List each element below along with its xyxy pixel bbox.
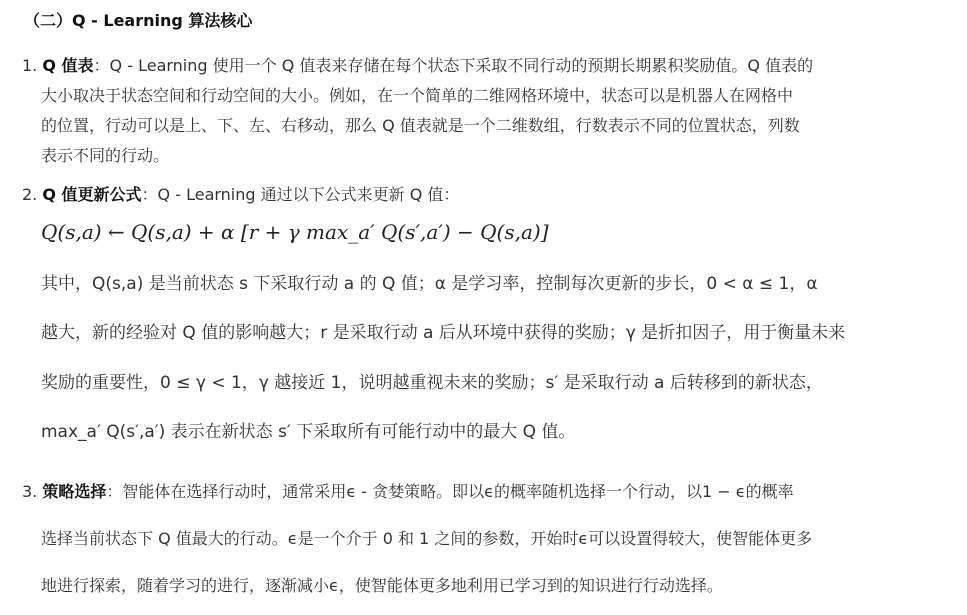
item-2-line-2: 越大，新的经验对 Q 值的影响越大；r 是采取行动 a 后从环境中获得的奖励；γ… <box>41 322 845 344</box>
item-2-line-4: max_a′ Q(s′,a′) 表示在新状态 s′ 下采取所有可能行动中的最大 … <box>41 421 575 443</box>
item-3-line-2: 选择当前状态下 Q 值最大的行动。ϵ是一个介于 0 和 1 之间的参数，开始时ϵ… <box>41 528 812 550</box>
item-1-line-2: 大小取决于状态空间和行动空间的大小。例如，在一个简单的二维网格环境中，状态可以是… <box>41 85 793 107</box>
item-1-line-3: 的位置，行动可以是上、下、左、右移动，那么 Q 值表就是一个二维数组，行数表示不… <box>41 115 800 137</box>
item-3-line-3: 地进行探索，随着学习的进行，逐渐减小ϵ，使智能体更多地利用已学习到的知识进行行动… <box>41 575 723 597</box>
item-2-line-3: 奖励的重要性，0 ≤ γ < 1，γ 越接近 1，说明越重视未来的奖励；s′ 是… <box>41 372 823 394</box>
item-2-line-1: 其中，Q(s,a) 是当前状态 s 下采取行动 a 的 Q 值；α 是学习率，控… <box>41 273 818 295</box>
section-heading: （二）Q - Learning 算法核心 <box>24 8 252 31</box>
item-number: 1. <box>22 56 37 75</box>
q-update-formula: Q(s,a) ← Q(s,a) + α [r + γ max_a′ Q(s′,a… <box>41 220 549 244</box>
item-title: Q 值表 <box>42 56 93 75</box>
item-title: 策略选择 <box>42 482 106 501</box>
item-title: Q 值更新公式 <box>42 185 141 204</box>
item-1-line-1: 1. Q 值表：Q - Learning 使用一个 Q 值表来存储在每个状态下采… <box>22 55 813 77</box>
item-1-line-4: 表示不同的行动。 <box>41 145 169 167</box>
item-2-intro: 2. Q 值更新公式：Q - Learning 通过以下公式来更新 Q 值： <box>22 184 459 206</box>
item-3-line-1: 3. 策略选择：智能体在选择行动时，通常采用ϵ - 贪婪策略。即以ϵ的概率随机选… <box>22 481 794 503</box>
